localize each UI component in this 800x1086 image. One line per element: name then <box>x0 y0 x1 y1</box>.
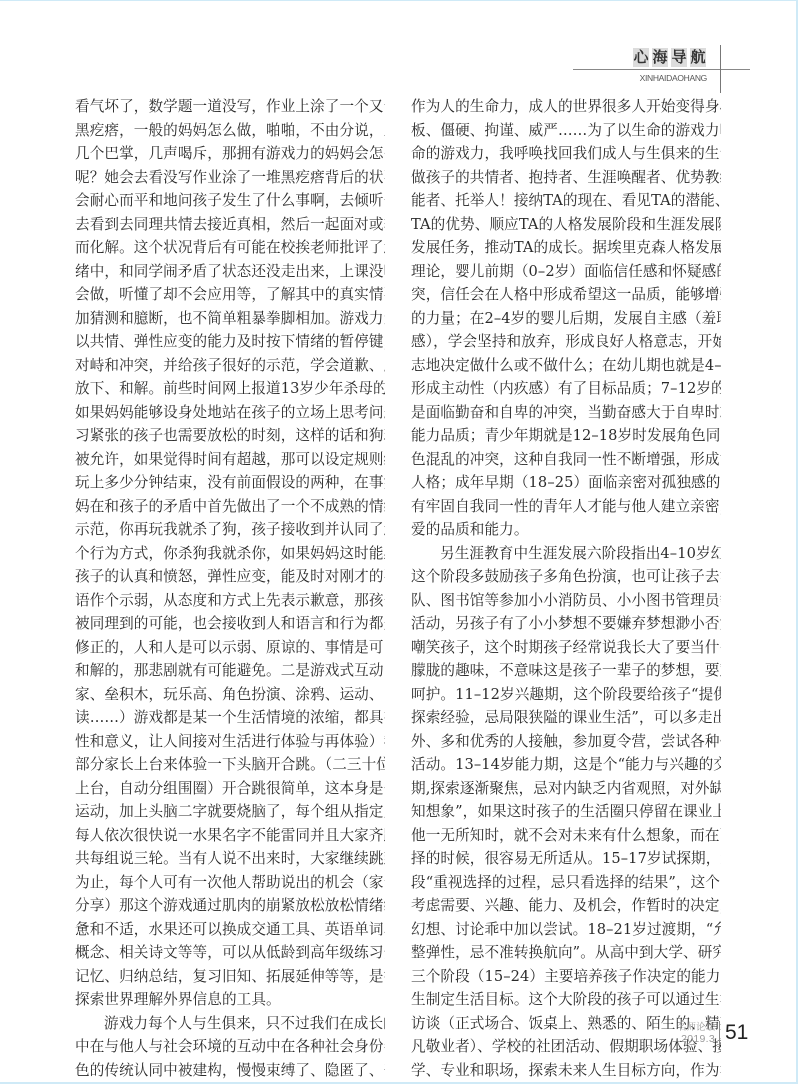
text-line: 活动。13–14岁能力期，这是个“能力与兴趣的交汇 <box>411 753 721 777</box>
text-line: 放下、和解。前些时间网上报道13岁少年杀母的悲剧， <box>75 377 385 401</box>
text-line: 示范，你再玩我就杀了狗，孩子接收到并认同了这样一 <box>75 518 385 542</box>
section-subtitle: XINHAIDAOHANG <box>633 73 707 83</box>
text-line: 另生涯教育中生涯发展六阶段指出4–10岁幻想期， <box>411 542 721 566</box>
text-line: 运动，加上头脑二字就要烧脑了，每个组从指定人开始 <box>75 800 385 824</box>
text-line: 惫和不适，水果还可以换成交通工具、英语单词、学科 <box>75 918 385 942</box>
text-line: 呢？她会去看没写作业涂了一堆黑疙瘩背后的状况，她 <box>75 166 385 190</box>
text-line: 色的传统认同中被建构，慢慢束缚了、隐匿了、丧失了 <box>75 1059 385 1083</box>
text-line: 部分家长上台来体验一下头脑开合跳。（二三十位家长 <box>75 753 385 777</box>
section-title-char: 心 <box>633 48 649 67</box>
text-line: 知想象”，如果这时孩子的生活圈只停留在课业上对其 <box>411 800 721 824</box>
text-line: 被允许，如果觉得时间有超越，那可以设定规则约定再 <box>75 448 385 472</box>
header-horizontal-rule <box>573 69 750 70</box>
folio-divider <box>719 1021 720 1047</box>
text-line: 他一无所知时，就不会对未来有什么想象，而在面临选 <box>411 824 721 848</box>
text-line: 整弹性，忌不准转换航向”。从高中到大学、研究生的 <box>411 941 721 965</box>
text-line: 期,探索逐渐聚焦，忌对内缺乏内省观照，对外缺乏认 <box>411 777 721 801</box>
section-title-char: 海 <box>652 48 668 67</box>
text-line: 修正的，人和人是可以示弱、原谅的、事情是可以放下 <box>75 636 385 660</box>
text-line: 如果妈妈能够设身处地站在孩子的立场上思考问题，学 <box>75 401 385 425</box>
text-line: 个行为方式，你杀狗我就杀你，如果妈妈这时能感受到 <box>75 542 385 566</box>
text-line: 游戏力每个人与生俱来，只不过我们在成长的过程 <box>75 1012 385 1036</box>
text-line: 妈在和孩子的矛盾中首先做出了一个不成熟的情绪化的 <box>75 495 385 519</box>
text-line: 读……）游戏都是某一个生活情境的浓缩，都具有功能 <box>75 706 385 730</box>
text-line: 和解的，那悲剧就有可能避免。二是游戏式互动（过家 <box>75 659 385 683</box>
text-line: 性和意义，让人间接对生活进行体验与再体验）我邀请 <box>75 730 385 754</box>
page-number: 51 <box>725 1021 748 1045</box>
text-line: 三个阶段（15–24）主要培养孩子作决定的能力，为人 <box>411 965 721 989</box>
section-title-char: 航 <box>690 48 706 67</box>
text-line: 共每组说三轮。当有人说不出来时，大家继续跳到说出 <box>75 847 385 871</box>
text-line: 能者、托举人！接纳TA的现在、看见TA的潜能、发现 <box>411 189 721 213</box>
section-header: 心 海 导 航 XINHAIDAOHANG <box>0 0 800 100</box>
text-line: 呵护。11–12岁兴趣期，这个阶段要给孩子“提供广泛 <box>411 683 721 707</box>
text-line: 朦胧的趣味，不意味这是孩子一辈子的梦想，要鼓励要 <box>411 659 721 683</box>
text-line: 幻想、讨论乖中加以尝试。18–21岁过渡期，“允许调 <box>411 918 721 942</box>
text-line: 人格；成年早期（18–25）面临亲密对孤独感的冲突， <box>411 471 721 495</box>
text-line: 记忆、归纳总结，复习旧知、拓展延伸等等，是很好的 <box>75 965 385 989</box>
text-line: 考虑需要、兴趣、能力、及机会，作暂时的决定，并在 <box>411 894 721 918</box>
text-line: 生制定生活目标。这个大阶段的孩子可以通过生涯人物 <box>411 988 721 1012</box>
text-line: 而化解。这个状况背后有可能在校挨老师批评了还在情 <box>75 236 385 260</box>
section-title: 心 海 导 航 <box>633 48 706 67</box>
text-line: 志地决定做什么或不做什么；在幼儿期也就是4–7岁时 <box>411 354 721 378</box>
text-line: 活动，另孩子有了小小梦想不要嫌弃梦想渺小否定批评 <box>411 612 721 636</box>
text-line: 的力量；在2–4岁的婴儿后期，发展自主感（羞耻 <box>411 307 721 331</box>
text-line: 板、僵硬、拘谨、威严……为了以生命的游戏力唤醒生 <box>411 119 721 143</box>
text-line: 作为人的生命力，成人的世界很多人开始变得身心古 <box>411 95 721 119</box>
text-line: 概念、相关诗文等等，可以从低龄到高年级练习分类、 <box>75 941 385 965</box>
text-line: 为止，每个人可有一次他人帮助说出的机会（家长体验 <box>75 871 385 895</box>
text-line: 这个阶段多鼓励孩子多角色扮演，也可让孩子去消防 <box>411 565 721 589</box>
text-line: 中在与他人与社会环境的互动中在各种社会身份各种角 <box>75 1035 385 1059</box>
text-line: 习紧张的孩子也需要放松的时刻，这样的话和狗玩就会 <box>75 424 385 448</box>
text-line: 黑疙瘩，一般的妈妈怎么做，啪啪，不由分说，上去拍 <box>75 119 385 143</box>
text-line: 命的游戏力，我呼唤找回我们成人与生俱来的生命力！ <box>411 142 721 166</box>
text-line: 几个巴掌，几声喝斥，那拥有游戏力的妈妈会怎么做 <box>75 142 385 166</box>
text-line: 分享）那这个游戏通过肌肉的崩紧放松放松情绪缓解疲 <box>75 894 385 918</box>
text-line: 能力品质；青少年期就是12–18岁时发展角色同一和角 <box>411 424 721 448</box>
text-line: 会耐心而平和地问孩子发生了什么事啊，去倾听去了解 <box>75 189 385 213</box>
text-line: 段“重视选择的过程，忌只看选择的结果”，这个阶段 <box>411 871 721 895</box>
text-line: 会做，听懂了却不会应用等，了解其中的真实情况不妄 <box>75 283 385 307</box>
text-line: 探索世界理解外界信息的工具。 <box>75 988 385 1012</box>
text-line: TA的优势、顺应TA的人格发展阶段和生涯发展阶段和 <box>411 213 721 237</box>
text-line: 队、图书馆等参加小小消防员、小小图书管理员等体验 <box>411 589 721 613</box>
text-line: 爱的品质和能力。 <box>411 518 721 542</box>
text-line: 发展任务，推动TA的成长。据埃里克森人格发展阶段 <box>411 236 721 260</box>
text-line: 去看到去同理共情去接近真相，然后一起面对或转移从 <box>75 213 385 237</box>
text-line: 形成主动性（内疚感）有了目标品质；7–12岁的童年期 <box>411 377 721 401</box>
body-column-right: 作为人的生命力，成人的世界很多人开始变得身心古板、僵硬、拘谨、威严……为了以生命… <box>411 95 721 1082</box>
magazine-name: 名师论坛 <box>669 1019 715 1033</box>
text-line: 绪中，和同学闹矛盾了状态还没走出来，上课没听懂不 <box>75 260 385 284</box>
text-line: 家、垒积木，玩乐高、角色扮演、涂鸦、运动、阅 <box>75 683 385 707</box>
text-line: 语作个示弱，从态度和方式上先表示歉意，那孩子就有 <box>75 589 385 613</box>
text-line: 探索经验，忌局限狭隘的课业生活”，可以多走出校 <box>411 706 721 730</box>
text-line: 感），学会坚持和放弃，形成良好人格意志，开始有意 <box>411 330 721 354</box>
text-line: 孩子的认真和愤怒，弹性应变，能及时对刚才的冲动言 <box>75 565 385 589</box>
text-line: 加猜测和臆断，也不简单粗暴拳脚相加。游戏力父母能 <box>75 307 385 331</box>
text-line: 嘲笑孩子，这个时期孩子经常说我长大了要当什么只是 <box>411 636 721 660</box>
text-line: 色混乱的冲突，这种自我同一性不断增强，形成诚实的 <box>411 448 721 472</box>
body-column-left: 看气坏了，数学题一道没写，作业上涂了一个又一个的黑疙瘩，一般的妈妈怎么做，啪啪，… <box>75 95 385 1082</box>
header-vertical-rule <box>720 45 721 93</box>
section-title-char: 导 <box>671 48 687 67</box>
text-line: 被同理到的可能，也会接收到人和语言和行为都是可以 <box>75 612 385 636</box>
text-line: 择的时候，很容易无所适从。15–17岁试探期，这个阶 <box>411 847 721 871</box>
text-line: 对峙和冲突，并给孩子很好的示范，学会道歉、原谅、 <box>75 354 385 378</box>
text-line: 有牢固自我同一性的青年人才能与他人建立亲密，拥有 <box>411 495 721 519</box>
text-line: 理论，婴儿前期（0–2岁）面临信任感和怀疑感的冲 <box>411 260 721 284</box>
text-line: 突，信任会在人格中形成希望这一品质，能够增强自我 <box>411 283 721 307</box>
text-line: 外、多和优秀的人接触，参加夏令营，尝试各种体验式 <box>411 730 721 754</box>
text-line: 以共情、弹性应变的能力及时按下情绪的暂停键，化解 <box>75 330 385 354</box>
text-line: 是面临勤奋和自卑的冲突，当勤奋感大于自卑时就有了 <box>411 401 721 425</box>
text-line: 每人依次很快说一水果名字不能雷同并且大家齐跳，总 <box>75 824 385 848</box>
text-line: 上台，自动分组围圈）开合跳很简单，这本身是个肢体 <box>75 777 385 801</box>
text-line: 学、专业和职场，探索未来人生目标方向，作为游戏力 <box>411 1059 721 1083</box>
text-line: 玩上多少分钟结束，没有前面假设的两种，在事实中妈 <box>75 471 385 495</box>
text-line: 看气坏了，数学题一道没写，作业上涂了一个又一个的 <box>75 95 385 119</box>
issue-date: 2019.3 <box>669 1033 715 1045</box>
text-line: 做孩子的共情者、抱持者、生涯唤醒者、优势教练、赋 <box>411 166 721 190</box>
